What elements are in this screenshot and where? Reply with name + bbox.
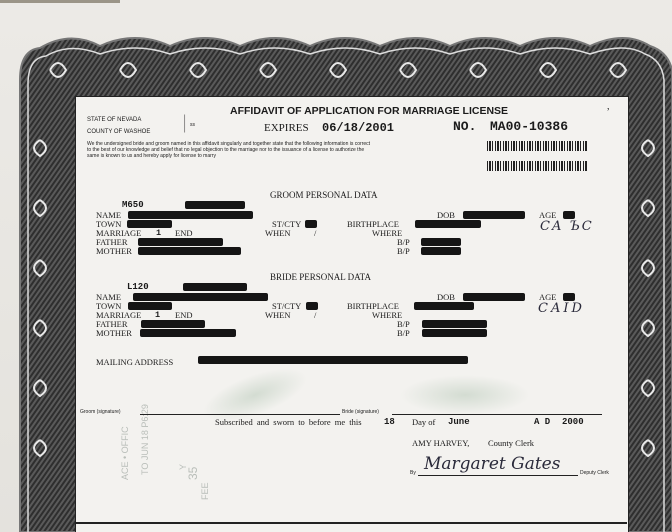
redacted-bride-father <box>141 320 205 328</box>
license-number: MA00-10386 <box>490 119 568 134</box>
bride-handwritten-note: CAID <box>538 301 585 316</box>
redacted-groom-town <box>127 220 172 228</box>
groom-handwritten-note: CA ЪC <box>540 219 594 234</box>
groom-mother-label: MOTHER <box>96 246 132 256</box>
clerk-title: County Clerk <box>488 438 534 448</box>
redacted-bride-mother-bp <box>422 329 487 337</box>
redacted-bride-birthplace <box>414 302 474 310</box>
sworn-year: 2000 <box>562 417 584 427</box>
bride-mother-bp-label: B/P <box>397 328 410 338</box>
affidavit-statement: We the undersigned bride and groom named… <box>87 141 370 159</box>
groom-mother-bp-label: B/P <box>397 246 410 256</box>
bride-signature-ghost <box>400 375 530 415</box>
redacted-groom-father <box>138 238 223 246</box>
groom-section-title: GROOM PERSONAL DATA <box>270 190 377 200</box>
bride-mother-label: MOTHER <box>96 328 132 338</box>
groom-signature-label: Groom (signature) <box>80 409 121 415</box>
redacted-groom-birthplace <box>415 220 481 228</box>
bride-end-label: END <box>175 310 192 320</box>
redacted-groom-mother-bp <box>421 247 461 255</box>
bracket: ||| <box>184 115 186 133</box>
groom-end-label: END <box>175 228 192 238</box>
redacted-bride-dob <box>463 293 525 301</box>
sworn-month: June <box>448 417 470 427</box>
bride-signature-line[interactable] <box>392 414 602 415</box>
redacted-bride-stcty <box>306 302 318 310</box>
bride-code: L120 <box>127 282 149 292</box>
stamp-line-2: TO JUN 18 P6:29 <box>140 404 150 475</box>
stamp-line-4: 35 <box>186 467 200 480</box>
redacted-bride-age <box>563 293 575 301</box>
groom-code: M650 <box>122 200 144 210</box>
redacted-bride-name <box>133 293 268 301</box>
stamp-line-1: ACE • OFFIC <box>120 426 130 480</box>
redacted-mailing-address <box>198 356 468 364</box>
bride-signature-label: Bride (signature) <box>342 409 379 415</box>
bride-section-title: BRIDE PERSONAL DATA <box>270 272 371 282</box>
groom-marriage-count: 1 <box>156 228 161 238</box>
redacted-groom-age <box>563 211 575 219</box>
redacted-bride-town <box>128 302 172 310</box>
expires-label: EXPIRES <box>264 122 309 134</box>
expires-date: 06/18/2001 <box>322 121 394 135</box>
groom-dob-label: DOB <box>437 210 455 220</box>
redacted-groom-father-bp <box>421 238 461 246</box>
license-no-label: NO. <box>453 119 476 134</box>
groom-when-label: WHEN <box>265 228 291 238</box>
deputy-clerk-label: Deputy Clerk <box>580 470 609 476</box>
barcode-1 <box>487 141 587 151</box>
sworn-day: 18 <box>384 417 395 427</box>
stamp-line-5: FEE <box>200 482 210 500</box>
bride-dob-label: DOB <box>437 292 455 302</box>
day-of-label: Day of <box>412 417 435 427</box>
sworn-statement: Subscribed and sworn to before me this <box>215 417 362 427</box>
redacted-groom-name <box>128 211 253 219</box>
bottom-rule <box>75 522 627 524</box>
redacted-groom-stcty <box>305 220 317 228</box>
mailing-address-label: MAILING ADDRESS <box>96 357 173 367</box>
redacted-bride-mother <box>140 329 236 337</box>
redacted-groom-id <box>185 201 245 209</box>
bride-when-value: / <box>314 310 316 320</box>
redacted-groom-mother <box>138 247 241 255</box>
groom-when-value: / <box>314 228 316 238</box>
bride-marriage-count: 1 <box>155 310 160 320</box>
bride-when-label: WHEN <box>265 310 291 320</box>
groom-signature-line[interactable] <box>140 414 340 415</box>
county-label: COUNTY OF WASHOE <box>87 129 150 135</box>
deputy-signature: Margaret Gates <box>424 454 560 474</box>
deputy-signature-line <box>418 475 578 476</box>
state-label: STATE OF NEVADA <box>87 117 141 123</box>
redacted-groom-dob <box>463 211 525 219</box>
clerk-name: AMY HARVEY, <box>412 438 469 448</box>
document-title: AFFIDAVIT OF APPLICATION FOR MARRIAGE LI… <box>230 105 508 117</box>
ad-label: A D <box>534 417 550 427</box>
redacted-bride-id <box>183 283 247 291</box>
mark: , <box>607 101 610 112</box>
by-label: By <box>410 470 416 476</box>
ss-label: ss <box>190 122 195 128</box>
redacted-bride-father-bp <box>422 320 487 328</box>
barcode-2 <box>487 161 587 171</box>
